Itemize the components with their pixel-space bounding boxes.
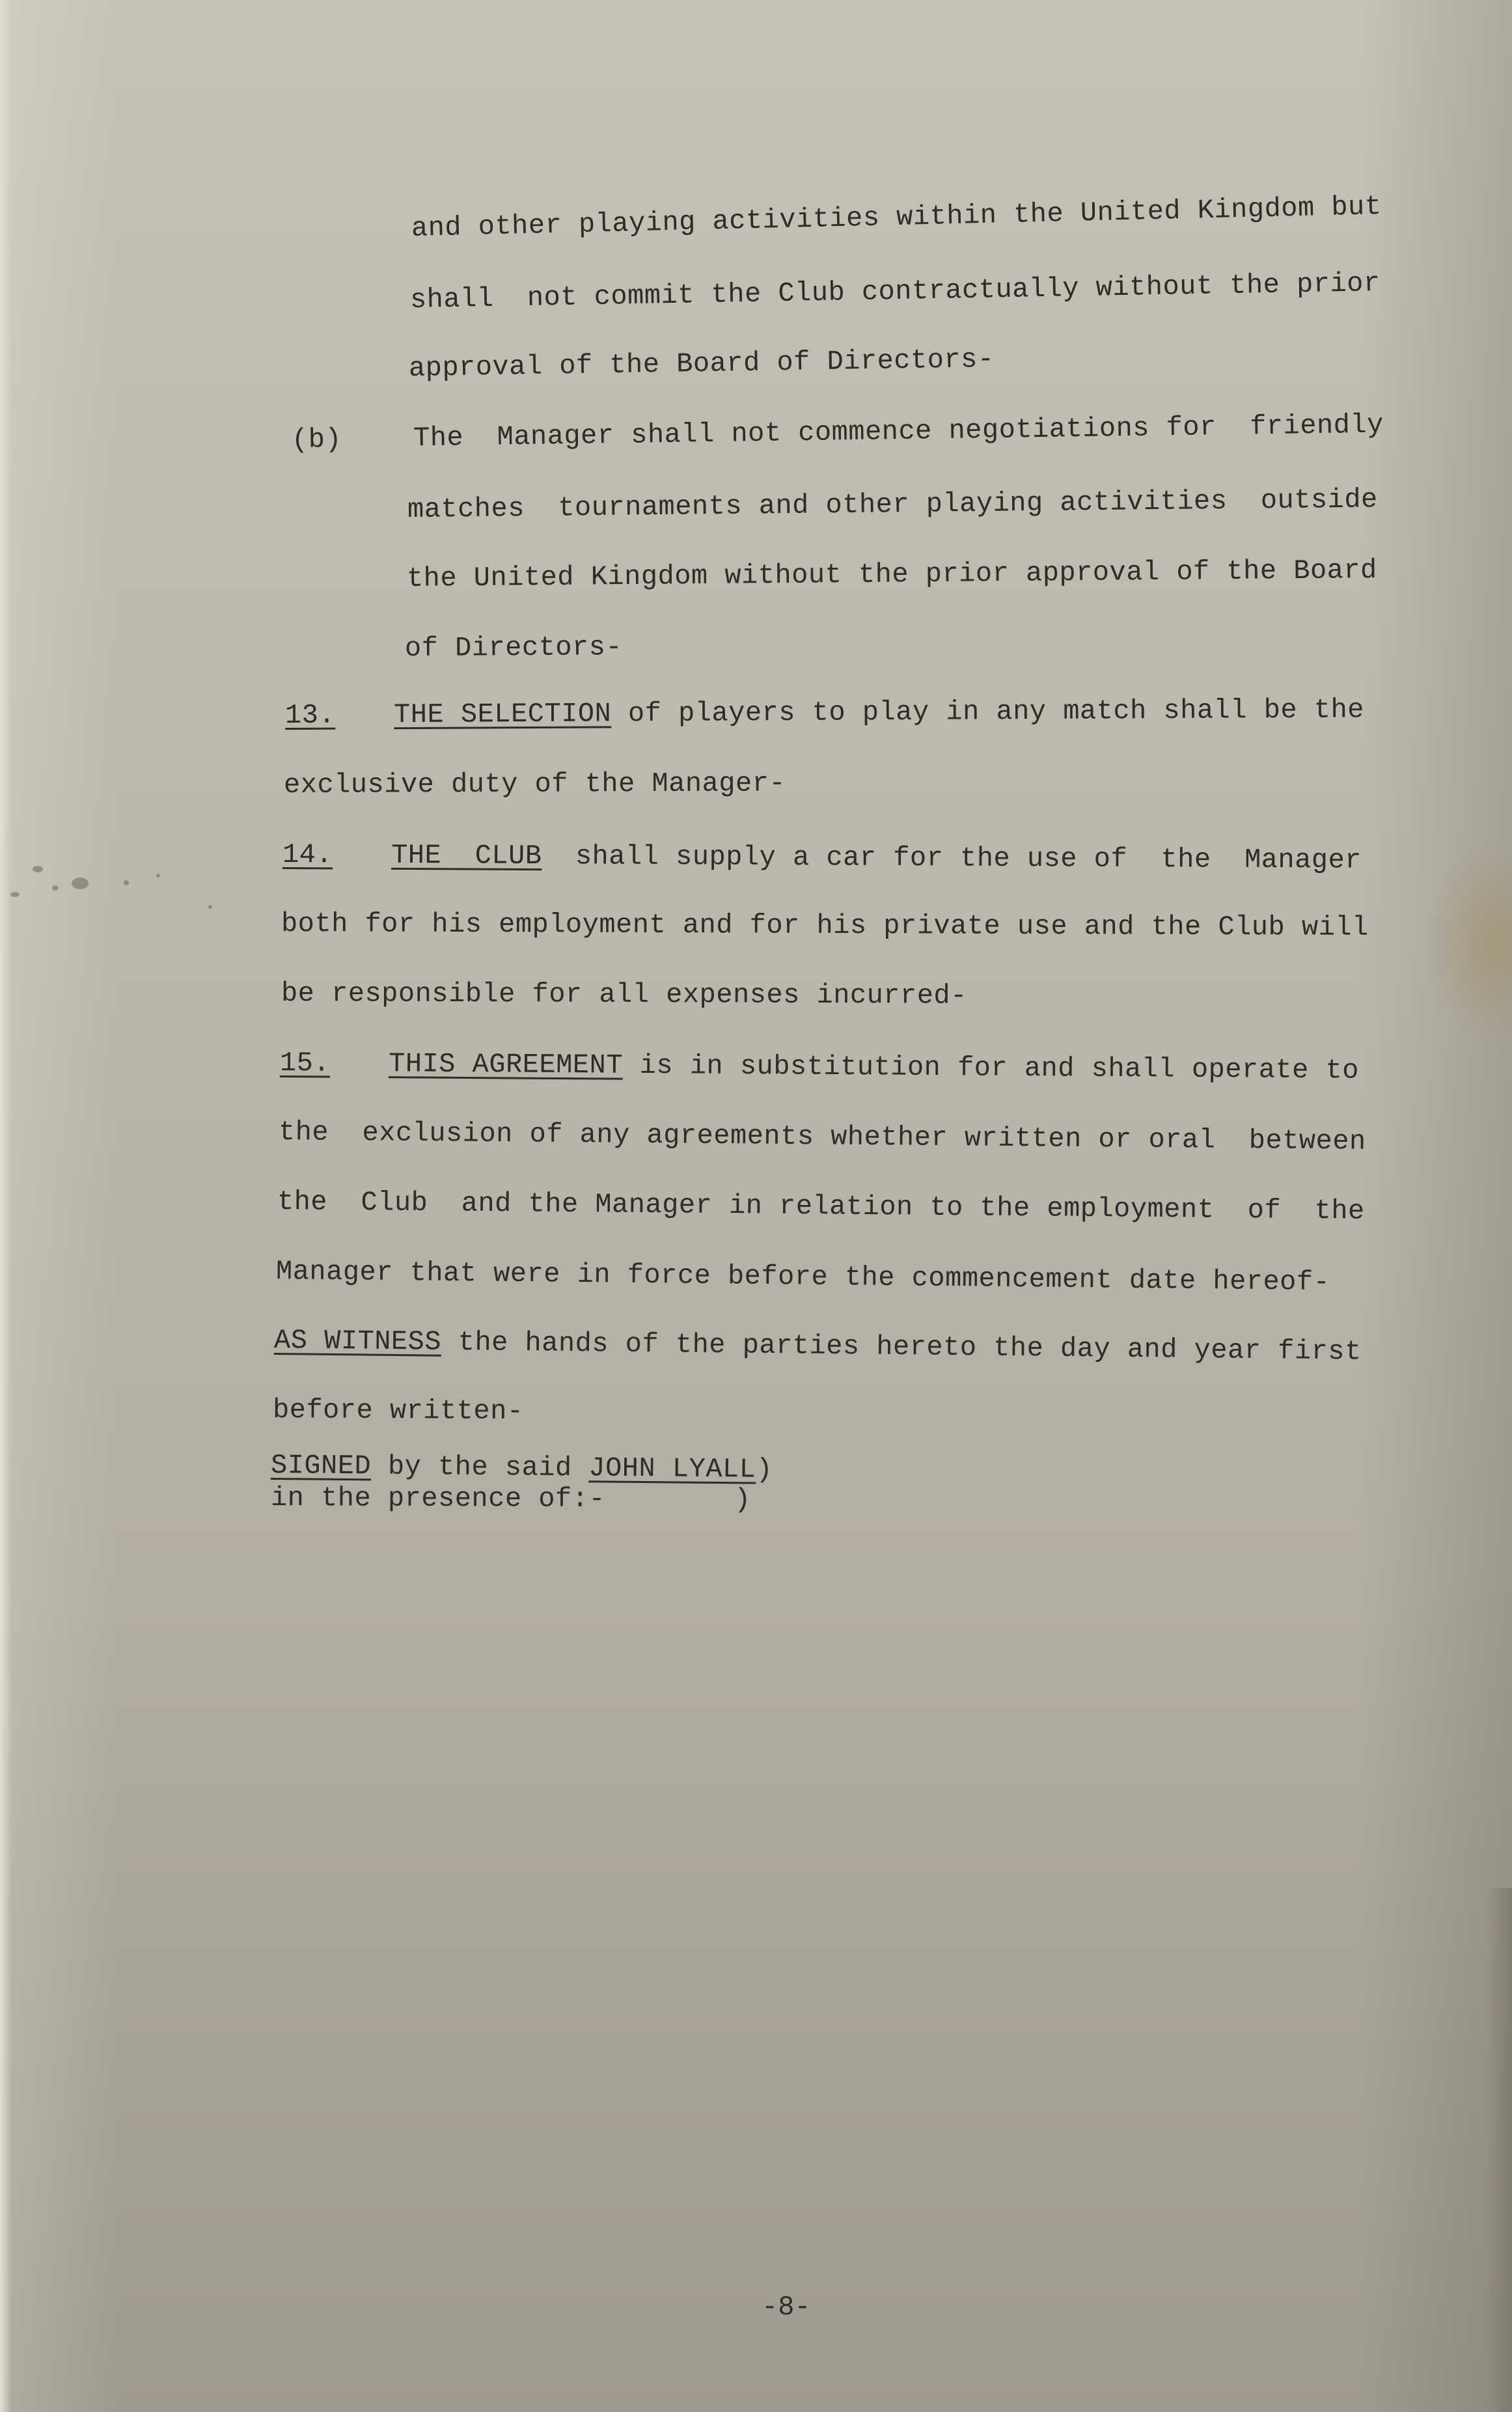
witness-clause: AS WITNESS the hands of the parties here… xyxy=(274,1327,1362,1365)
text-line: the United Kingdom without the prior app… xyxy=(407,557,1377,592)
clause-number: 15.THIS AGREEMENT xyxy=(280,1047,623,1081)
text-line: of Directors- xyxy=(405,633,622,662)
clause-number: 13.THE SELECTION xyxy=(285,698,612,731)
clause-number: 14.THE CLUB xyxy=(282,839,542,872)
witness-heading: AS WITNESS xyxy=(274,1325,442,1358)
text-line: both for his employment and for his priv… xyxy=(281,910,1369,941)
sub-clause-b: (b)The Manager shall not commence negoti… xyxy=(292,411,1384,454)
text-line: the exclusion of any agreements whether … xyxy=(279,1118,1366,1156)
text-line: Manager that were in force before the co… xyxy=(276,1258,1330,1296)
text-line: be responsible for all expenses incurred… xyxy=(281,980,967,1010)
page-number: -8- xyxy=(762,2292,811,2323)
signature-line: SIGNED by the said JOHN LYALL) xyxy=(271,1452,773,1484)
clause-heading: THE CLUB xyxy=(391,840,542,872)
sub-clause-label: (b) xyxy=(292,424,342,456)
signatory-name: JOHN LYALL xyxy=(588,1452,756,1485)
bracket: ) xyxy=(734,1484,751,1515)
text-line: exclusive duty of the Manager- xyxy=(284,769,786,799)
document-page: and other playing activities within the … xyxy=(0,0,1512,2412)
text-line: shall not commit the Club contractually … xyxy=(410,270,1381,314)
clause-heading: THIS AGREEMENT xyxy=(389,1048,623,1081)
clause-14: 14.THE CLUB shall supply a car for the u… xyxy=(282,841,1362,874)
paper-edge-right xyxy=(1486,1888,1512,2412)
text-line: matches tournaments and other playing ac… xyxy=(407,486,1378,523)
clause-heading: THE SELECTION xyxy=(394,698,611,730)
text-line: approval of the Board of Directors- xyxy=(409,346,995,382)
signed-label: SIGNED xyxy=(271,1450,372,1482)
text-line: and other playing activities within the … xyxy=(411,193,1382,242)
paper-specks xyxy=(7,853,215,911)
text-line: before written- xyxy=(273,1396,524,1425)
bracket: ) xyxy=(756,1454,773,1486)
presence-line: in the presence of:-) xyxy=(271,1484,751,1514)
paper-edge-left xyxy=(0,0,12,2412)
clause-15: 15.THIS AGREEMENT is in substitution for… xyxy=(280,1049,1359,1085)
text-line: the Club and the Manager in relation to … xyxy=(277,1188,1365,1225)
clause-13: 13.THE SELECTION of players to play in a… xyxy=(285,696,1364,729)
